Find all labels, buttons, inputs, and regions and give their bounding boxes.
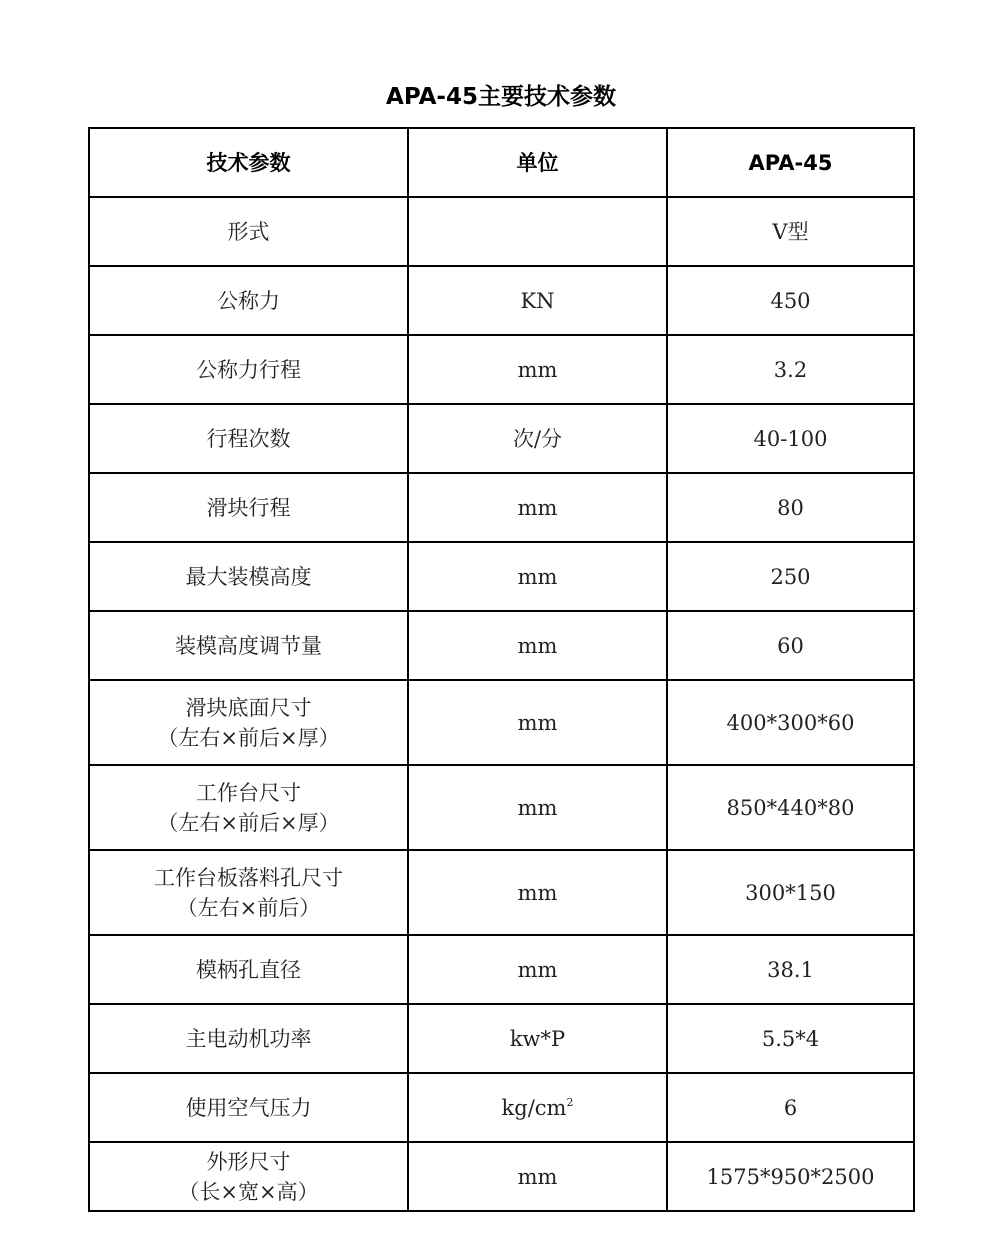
param-label: 形式 [90,217,407,247]
param-label: 模柄孔直径 [90,955,407,985]
table-row: 公称力 KN 450 [89,266,914,335]
value-cell: 6 [667,1073,914,1142]
param-sublabel: （左右×前后） [90,893,407,923]
param-cell: 主电动机功率 [89,1004,408,1073]
unit-superscript: 2 [566,1096,573,1109]
table-row: 滑块底面尺寸 （左右×前后×厚） mm 400*300*60 [89,680,914,765]
param-label: 滑块行程 [90,493,407,523]
param-cell: 模柄孔直径 [89,935,408,1004]
param-cell: 使用空气压力 [89,1073,408,1142]
param-label: 使用空气压力 [90,1093,407,1123]
unit-cell: kg/cm2 [408,1073,667,1142]
value-cell: 60 [667,611,914,680]
value-cell: 400*300*60 [667,680,914,765]
header-unit: 单位 [408,128,667,197]
unit-cell: mm [408,1142,667,1211]
param-label: 装模高度调节量 [90,631,407,661]
unit-cell: KN [408,266,667,335]
table-row: 行程次数 次/分 40-100 [89,404,914,473]
spec-table: 技术参数 单位 APA-45 形式 V型 公称力 KN 450 公称力行程 mm… [88,127,915,1212]
unit-cell: mm [408,935,667,1004]
table-row: 外形尺寸 （长×宽×高） mm 1575*950*2500 [89,1142,914,1211]
value-cell: 250 [667,542,914,611]
header-param: 技术参数 [89,128,408,197]
unit-cell [408,197,667,266]
value-cell: 80 [667,473,914,542]
header-model: APA-45 [667,128,914,197]
value-cell: 450 [667,266,914,335]
param-label: 公称力行程 [90,355,407,385]
param-cell: 工作台板落料孔尺寸 （左右×前后） [89,850,408,935]
table-row: 滑块行程 mm 80 [89,473,914,542]
param-cell: 装模高度调节量 [89,611,408,680]
param-cell: 最大装模高度 [89,542,408,611]
param-cell: 行程次数 [89,404,408,473]
param-cell: 滑块底面尺寸 （左右×前后×厚） [89,680,408,765]
unit-cell: mm [408,611,667,680]
unit-cell: mm [408,850,667,935]
table-row: 模柄孔直径 mm 38.1 [89,935,914,1004]
unit-cell: mm [408,765,667,850]
table-row: 主电动机功率 kw*P 5.5*4 [89,1004,914,1073]
param-label: 工作台板落料孔尺寸 [90,863,407,893]
param-cell: 公称力行程 [89,335,408,404]
table-row: 使用空气压力 kg/cm2 6 [89,1073,914,1142]
value-cell: V型 [667,197,914,266]
value-cell: 40-100 [667,404,914,473]
value-cell: 5.5*4 [667,1004,914,1073]
param-label: 外形尺寸 [90,1147,407,1177]
value-cell: 3.2 [667,335,914,404]
table-row: 形式 V型 [89,197,914,266]
unit-cell: mm [408,542,667,611]
param-cell: 外形尺寸 （长×宽×高） [89,1142,408,1211]
table-row: 公称力行程 mm 3.2 [89,335,914,404]
param-label: 工作台尺寸 [90,778,407,808]
param-cell: 滑块行程 [89,473,408,542]
param-sublabel: （长×宽×高） [90,1177,407,1207]
table-row: 装模高度调节量 mm 60 [89,611,914,680]
param-label: 最大装模高度 [90,562,407,592]
param-cell: 公称力 [89,266,408,335]
param-sublabel: （左右×前后×厚） [90,808,407,838]
document-title: APA-45主要技术参数 [0,78,987,111]
unit-text: kg/cm [502,1096,567,1120]
param-cell: 形式 [89,197,408,266]
param-label: 主电动机功率 [90,1024,407,1054]
param-cell: 工作台尺寸 （左右×前后×厚） [89,765,408,850]
table-row: 工作台板落料孔尺寸 （左右×前后） mm 300*150 [89,850,914,935]
value-cell: 1575*950*2500 [667,1142,914,1211]
value-cell: 850*440*80 [667,765,914,850]
value-cell: 300*150 [667,850,914,935]
unit-cell: 次/分 [408,404,667,473]
unit-cell: mm [408,473,667,542]
param-sublabel: （左右×前后×厚） [90,723,407,753]
unit-cell: mm [408,680,667,765]
table-row: 最大装模高度 mm 250 [89,542,914,611]
param-label: 滑块底面尺寸 [90,693,407,723]
table-header-row: 技术参数 单位 APA-45 [89,128,914,197]
unit-cell: mm [408,335,667,404]
param-label: 行程次数 [90,424,407,454]
unit-cell: kw*P [408,1004,667,1073]
param-label: 公称力 [90,286,407,316]
table-row: 工作台尺寸 （左右×前后×厚） mm 850*440*80 [89,765,914,850]
value-cell: 38.1 [667,935,914,1004]
